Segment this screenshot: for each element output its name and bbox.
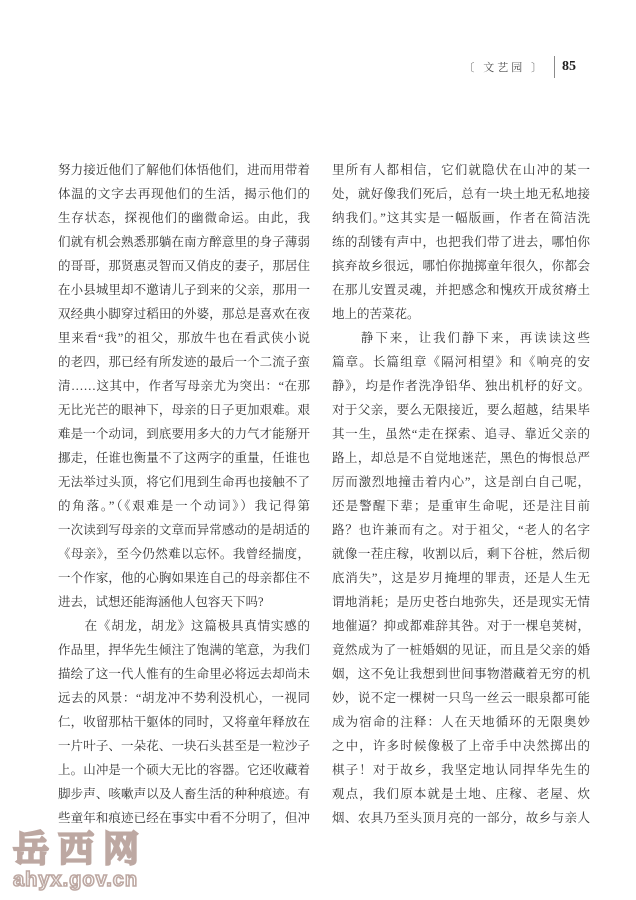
- text-line: 脚步声、咳嗽声以及人畜生活的种种痕迹。有: [58, 782, 310, 806]
- text-line: 摈弃故乡很远，哪怕你抛掷童年很久，你都会: [332, 254, 590, 278]
- text-line: 体温的文字去再现他们的生活，揭示他们的: [58, 182, 310, 206]
- magazine-page: 〔 文艺园 〕 85 努力接近他们了解他们体悟他们，进而用带着体温的文字去再现他…: [0, 0, 636, 900]
- text-line: 姻，这不免让我想到世间事物潜藏着无穷的机: [332, 662, 590, 686]
- text-line: 路上，却总是不自觉地迷茫，黑色的悔恨总严: [332, 446, 590, 470]
- text-line: 的角落。”（《艰难是一个动词》）我记得第: [58, 494, 310, 518]
- right-text-column: 里所有人都相信，它们就隐伏在山冲的某一处，就好像我们死后，总有一块土地无私地接纳…: [332, 158, 590, 830]
- text-line: 在《胡龙，胡龙》这篇极具真情实感的: [58, 614, 310, 638]
- text-line: 《母亲》，至今仍然难以忘怀。我曾经揣度，: [58, 542, 310, 566]
- text-line: 生存状态，探视他们的幽微命运。由此，我: [58, 206, 310, 230]
- text-line: 成为宿命的注释：人在天地循环的无限奥妙: [332, 710, 590, 734]
- text-line: 路？也许兼而有之。对于祖父，“老人的名字: [332, 518, 590, 542]
- text-line: 进去，试想还能海涵他人包容天下吗?: [58, 590, 310, 614]
- text-line: 挪走，任谁也衡量不了这两字的重量，任谁也: [58, 446, 310, 470]
- text-line: 一次读到写母亲的文章而异常感动的是胡适的: [58, 518, 310, 542]
- text-line: 难是一个动词，到底要用多大的力气才能掰开: [58, 422, 310, 446]
- text-line: 无比光芒的眼神下，母亲的日子更加艰难。艰: [58, 398, 310, 422]
- text-line: 无法举过头顶，将它们甩到生命再也接触不了: [58, 470, 310, 494]
- text-line: 里所有人都相信，它们就隐伏在山冲的某一: [332, 158, 590, 182]
- page-number: 85: [562, 59, 576, 75]
- text-line: 还是警醒下辈；是重审生命呢，还是注目前: [332, 494, 590, 518]
- text-line: 妙，说不定一棵树一只鸟一丝云一眼泉都可能: [332, 686, 590, 710]
- text-line: 谓地消耗；是历史苍白地弥失，还是现实无情: [332, 590, 590, 614]
- text-line: 地上的苦菜花。: [332, 302, 590, 326]
- text-line: 一个作家，他的心胸如果连自己的母亲都住不: [58, 566, 310, 590]
- text-line: 练的刮镂有声中，也把我们带了进去，哪怕你: [332, 230, 590, 254]
- text-line: 在那儿安置灵魂，并把感念和愧疚开成贫瘠土: [332, 278, 590, 302]
- text-line: 竟然成为了一桩婚姻的见证，而且是父亲的婚: [332, 638, 590, 662]
- watermark-site-url: ahyx.gov.cn: [13, 870, 148, 891]
- text-line: 些童年和痕迹已经在事实中看不分明了，但冲: [58, 806, 310, 830]
- text-line: 作品里，捍华先生倾注了饱满的笔意，为我们: [58, 638, 310, 662]
- text-line: 对于父亲，要么无限接近，要么超越，结果毕: [332, 398, 590, 422]
- text-line: 努力接近他们了解他们体悟他们，进而用带着: [58, 158, 310, 182]
- text-line: 静》，均是作者洗净铅华、独出机杼的好文。: [332, 374, 590, 398]
- text-line: 处，就好像我们死后，总有一块土地无私地接: [332, 182, 590, 206]
- text-line: 双经典小脚穿过稻田的外婆，那总是喜欢在夜: [58, 302, 310, 326]
- text-line: 远去的风景：“胡龙冲不势利没机心，一视同: [58, 686, 310, 710]
- text-line: 地催逼？抑或都难辞其咎。对于一棵皂荚树，: [332, 614, 590, 638]
- text-line: 静下来，让我们静下来，再读读这些: [332, 326, 590, 350]
- text-line: 一片叶子、一朵花、一块石头甚至是一粒沙子: [58, 734, 310, 758]
- text-line: 烟、农具乃至头顶月亮的一部分，故乡与亲人: [332, 806, 590, 830]
- text-line: 仁，收留那枯干躯体的同时，又将童年释放在: [58, 710, 310, 734]
- text-line: 棋子！对于故乡，我坚定地认同捍华先生的: [332, 758, 590, 782]
- text-line: 上。山冲是一个硕大无比的容器。它还收藏着: [58, 758, 310, 782]
- text-line: 其一生，虽然“走在探索、追寻、靠近父亲的: [332, 422, 590, 446]
- text-line: 底消失”，这是岁月掩埋的罪责，还是人生无: [332, 566, 590, 590]
- text-line: 们就有机会熟悉那躺在南方醉意里的身子薄弱: [58, 230, 310, 254]
- text-line: 的老四，那已经有所发迹的最后一个二流子蛮: [58, 350, 310, 374]
- header-divider: [554, 56, 555, 78]
- text-line: 纳我们。”这其实是一幅版画，作者在简洁洗: [332, 206, 590, 230]
- text-line: 的哥哥，那贤惠灵智而又俏皮的妻子，那居住: [58, 254, 310, 278]
- watermark-site-name: 岳西网: [13, 829, 148, 869]
- text-line: 之中，许多时候像极了上帝手中决然掷出的: [332, 734, 590, 758]
- text-line: 就像一茬庄稼，收割以后，剩下谷桩，然后彻: [332, 542, 590, 566]
- text-line: 里来看“我”的祖父，那放牛也在看武侠小说: [58, 326, 310, 350]
- watermark: 岳西网 ahyx.gov.cn: [13, 829, 148, 891]
- left-text-column: 努力接近他们了解他们体悟他们，进而用带着体温的文字去再现他们的生活，揭示他们的生…: [58, 158, 310, 830]
- text-line: 描绘了这一代人惟有的生命里必将远去却尚未: [58, 662, 310, 686]
- text-line: 篇章。长篇组章《隔河相望》和《响亮的安: [332, 350, 590, 374]
- text-line: 观点，我们原本就是土地、庄稼、老屋、炊: [332, 782, 590, 806]
- text-line: 清……这其中，作者写母亲尤为突出：“在那: [58, 374, 310, 398]
- text-line: 厉而激烈地撞击着内心”，这是剖白自己呢，: [332, 470, 590, 494]
- section-label: 〔 文艺园 〕: [464, 59, 546, 75]
- text-line: 在小县城里却不邀请儿子到来的父亲，那用一: [58, 278, 310, 302]
- page-header: 〔 文艺园 〕 85: [0, 56, 576, 78]
